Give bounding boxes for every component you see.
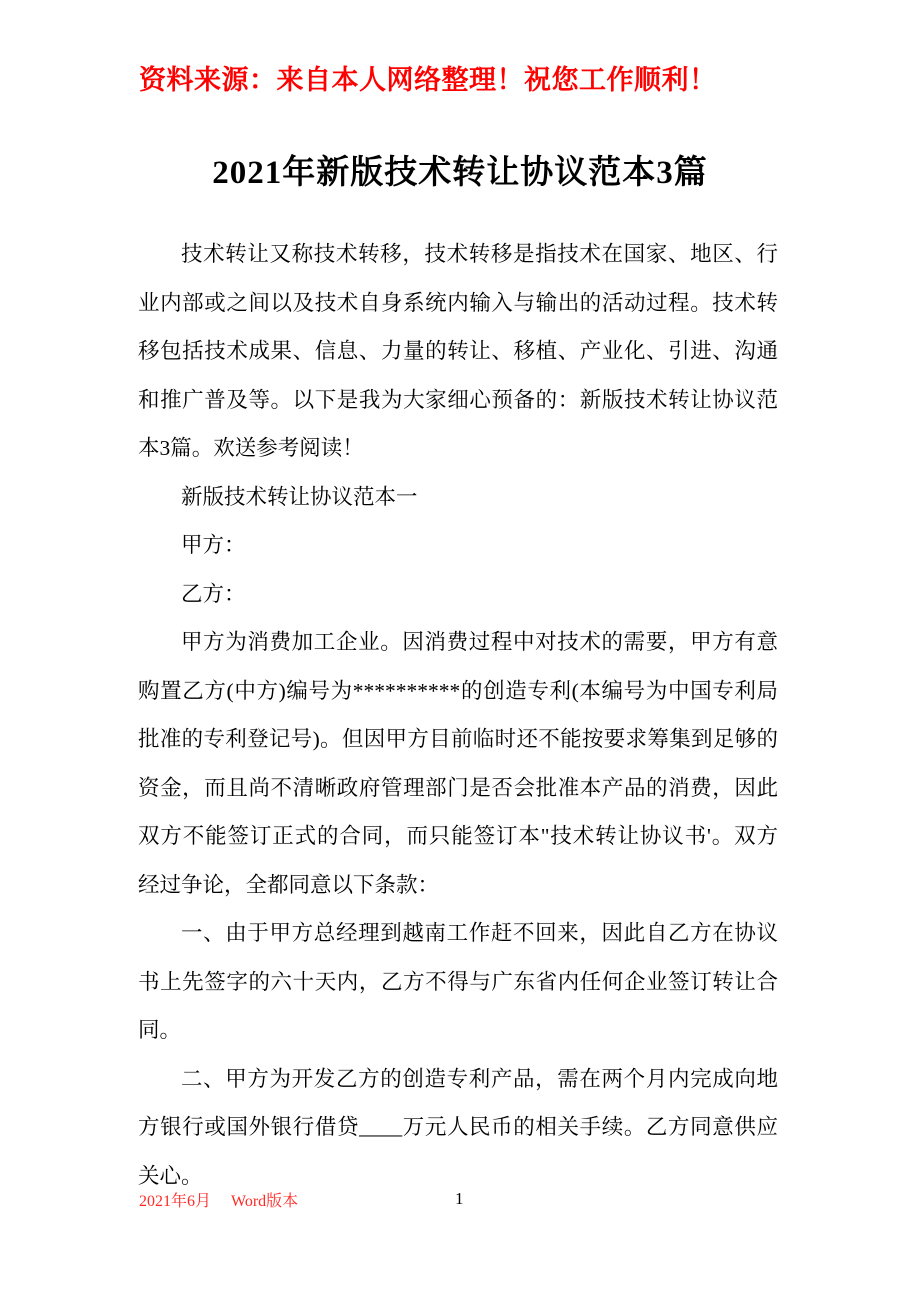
- footer-date: 2021年6月: [139, 1193, 211, 1210]
- page-number: 1: [455, 1189, 464, 1209]
- body-line: 甲方为消费加工企业。因消费过程中对技术的需要，甲方有意: [138, 618, 778, 667]
- body-line: 技术转让又称技术转移，技术转移是指技术在国家、地区、行: [138, 230, 778, 279]
- document-page: 资料来源：来自本人网络整理！祝您工作顺利！ 2021年新版技术转让协议范本3篇 …: [0, 0, 920, 1302]
- body-line: 新版技术转让协议范本一: [138, 473, 778, 522]
- body-line: 经过争论，全都同意以下条款：: [138, 861, 778, 910]
- body-line: 购置乙方(中方)编号为**********的创造专利(本编号为中国专利局: [138, 667, 778, 716]
- body-line: 一、由于甲方总经理到越南工作赶不回来，因此自乙方在协议: [138, 909, 778, 958]
- header-source-note: 资料来源：来自本人网络整理！祝您工作顺利！: [139, 58, 717, 97]
- body-line: 和推广普及等。以下是我为大家细心预备的：新版技术转让协议范: [138, 376, 778, 425]
- body-line: 业内部或之间以及技术自身系统内输入与输出的活动过程。技术转: [138, 279, 778, 328]
- body-line: 乙方：: [138, 570, 778, 619]
- document-body: 技术转让又称技术转移，技术转移是指技术在国家、地区、行 业内部或之间以及技术自身…: [138, 230, 778, 1200]
- body-line: 移包括技术成果、信息、力量的转让、移植、产业化、引进、沟通: [138, 327, 778, 376]
- document-title: 2021年新版技术转让协议范本3篇: [0, 146, 920, 193]
- body-line: 同。: [138, 1006, 778, 1055]
- body-line: 双方不能签订正式的合同，而只能签订本"技术转让协议书'。双方: [138, 812, 778, 861]
- body-line: 本3篇。欢送参考阅读！: [138, 424, 778, 473]
- body-line: 批准的专利登记号)。但因甲方目前临时还不能按要求筹集到足够的: [138, 715, 778, 764]
- body-line: 方银行或国外银行借贷____万元人民币的相关手续。乙方同意供应: [138, 1103, 778, 1152]
- body-line: 二、甲方为开发乙方的创造专利产品，需在两个月内完成向地: [138, 1055, 778, 1104]
- footer-doc-type: Word版本: [231, 1188, 298, 1211]
- body-line: 资金，而且尚不清晰政府管理部门是否会批准本产品的消费，因此: [138, 764, 778, 813]
- body-line: 甲方：: [138, 521, 778, 570]
- body-line: 书上先签字的六十天内，乙方不得与广东省内任何企业签订转让合: [138, 958, 778, 1007]
